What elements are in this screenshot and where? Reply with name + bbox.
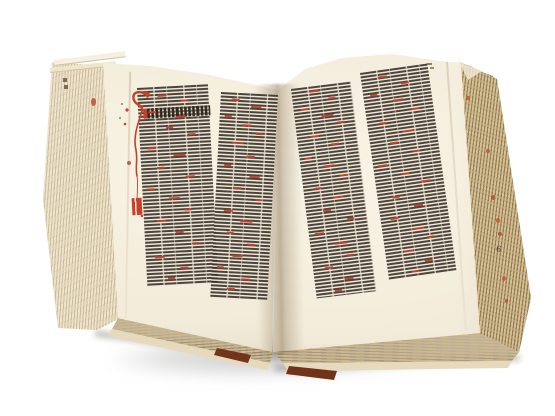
rubric-red-mark — [240, 220, 252, 223]
rubric-red-mark — [168, 277, 175, 279]
rubric-red-mark — [157, 94, 166, 96]
margin-note-mark — [427, 63, 432, 65]
rubric-red-mark — [390, 141, 398, 144]
rubric-red-mark — [404, 249, 413, 252]
rubric-red-mark — [166, 126, 173, 128]
rubric-red-mark — [314, 187, 321, 190]
rubric-red-mark — [168, 197, 179, 200]
rubric-red-mark — [176, 231, 184, 233]
rubric-red-mark — [393, 196, 400, 199]
rubric-red-mark — [402, 129, 414, 133]
rubric-red-mark — [301, 108, 309, 111]
stack-red-tab — [91, 98, 96, 106]
fore-edge-red-mark — [496, 218, 500, 223]
rubric-red-mark — [413, 226, 424, 230]
fore-edge-red-mark — [466, 96, 470, 100]
rubric-red-mark — [233, 142, 244, 145]
rubric-red-mark — [223, 209, 232, 211]
rubric-red-mark — [226, 232, 233, 234]
fore-edge-red-mark — [502, 276, 506, 281]
rubric-red-mark — [335, 289, 342, 292]
margin-note-mark — [430, 67, 434, 69]
rubric-red-mark — [379, 122, 386, 125]
margin-red-dot — [127, 161, 131, 165]
rubric-red-mark — [370, 94, 377, 97]
rubric-red-mark — [378, 164, 387, 167]
rubric-red-mark — [337, 121, 344, 124]
rubric-red-mark — [233, 187, 241, 189]
rubric-red-mark — [175, 115, 186, 118]
rubric-red-mark — [304, 157, 311, 160]
rubric-red-mark — [315, 232, 324, 235]
rubric-red-mark — [331, 143, 339, 146]
rubric-red-mark — [390, 217, 398, 220]
text-column-left-2 — [210, 92, 278, 300]
rubric-red-mark — [425, 259, 433, 262]
rubric-red-mark — [216, 266, 223, 268]
rubric-red-mark — [335, 242, 347, 245]
rubric-red-mark — [333, 195, 343, 198]
rubric-red-mark — [185, 209, 192, 211]
rubric-red-mark — [241, 278, 250, 280]
rubric-red-mark — [413, 149, 420, 152]
rubric-red-mark — [232, 99, 240, 101]
rubric-red-mark — [378, 76, 387, 79]
fore-edge-red-mark — [491, 195, 495, 200]
red-champ-initial — [132, 198, 143, 216]
fore-edge-red-mark — [498, 232, 502, 236]
rubric-red-mark — [412, 107, 420, 110]
rubric-red-mark — [347, 217, 354, 220]
rubric-red-mark — [310, 134, 319, 137]
rubric-red-mark — [309, 90, 319, 93]
rubric-red-mark — [224, 164, 231, 166]
rubric-red-mark — [154, 256, 164, 259]
rubric-red-mark — [173, 153, 185, 156]
rubric-red-mark — [323, 164, 334, 167]
rubric-red-mark — [242, 124, 251, 126]
rubric-red-mark — [256, 133, 263, 135]
rubric-red-mark — [246, 155, 254, 157]
rubric-red-mark — [188, 133, 196, 135]
fore-edge-red-mark — [505, 299, 508, 303]
rubric-red-mark — [393, 99, 403, 102]
rubric-red-mark — [247, 243, 255, 245]
stack-ink-mark — [63, 78, 67, 82]
stack-ink-mark — [64, 85, 68, 89]
rubric-red-mark — [192, 242, 199, 244]
rubric-red-mark — [323, 210, 331, 213]
rubric-red-mark — [420, 179, 430, 182]
rubric-red-mark — [255, 198, 262, 200]
rubric-red-mark — [328, 96, 335, 99]
rubric-red-mark — [224, 115, 231, 117]
rubric-red-mark — [157, 220, 166, 222]
rubric-red-mark — [325, 267, 333, 270]
rubric-red-mark — [401, 81, 409, 84]
rubric-red-mark — [412, 269, 419, 272]
rubric-red-mark — [401, 172, 409, 175]
rubric-red-mark — [232, 255, 242, 258]
rubric-red-mark — [344, 277, 353, 280]
rubric-red-mark — [414, 203, 423, 206]
rubric-red-mark — [427, 236, 434, 239]
rubric-red-mark — [180, 99, 187, 101]
fore-edge-foliation-glyph: 6 — [495, 244, 506, 255]
rubric-red-mark — [227, 287, 235, 289]
rubric-red-mark — [252, 106, 262, 109]
rubric-red-mark — [321, 114, 333, 117]
rubric-red-mark — [186, 175, 195, 177]
manuscript-photo: 6 — [0, 0, 555, 416]
rubric-red-mark — [181, 267, 189, 269]
rubric-red-mark — [346, 254, 353, 257]
fore-edge-red-mark — [486, 149, 490, 153]
rubric-red-mark — [250, 176, 260, 179]
rubric-red-mark — [340, 173, 348, 176]
